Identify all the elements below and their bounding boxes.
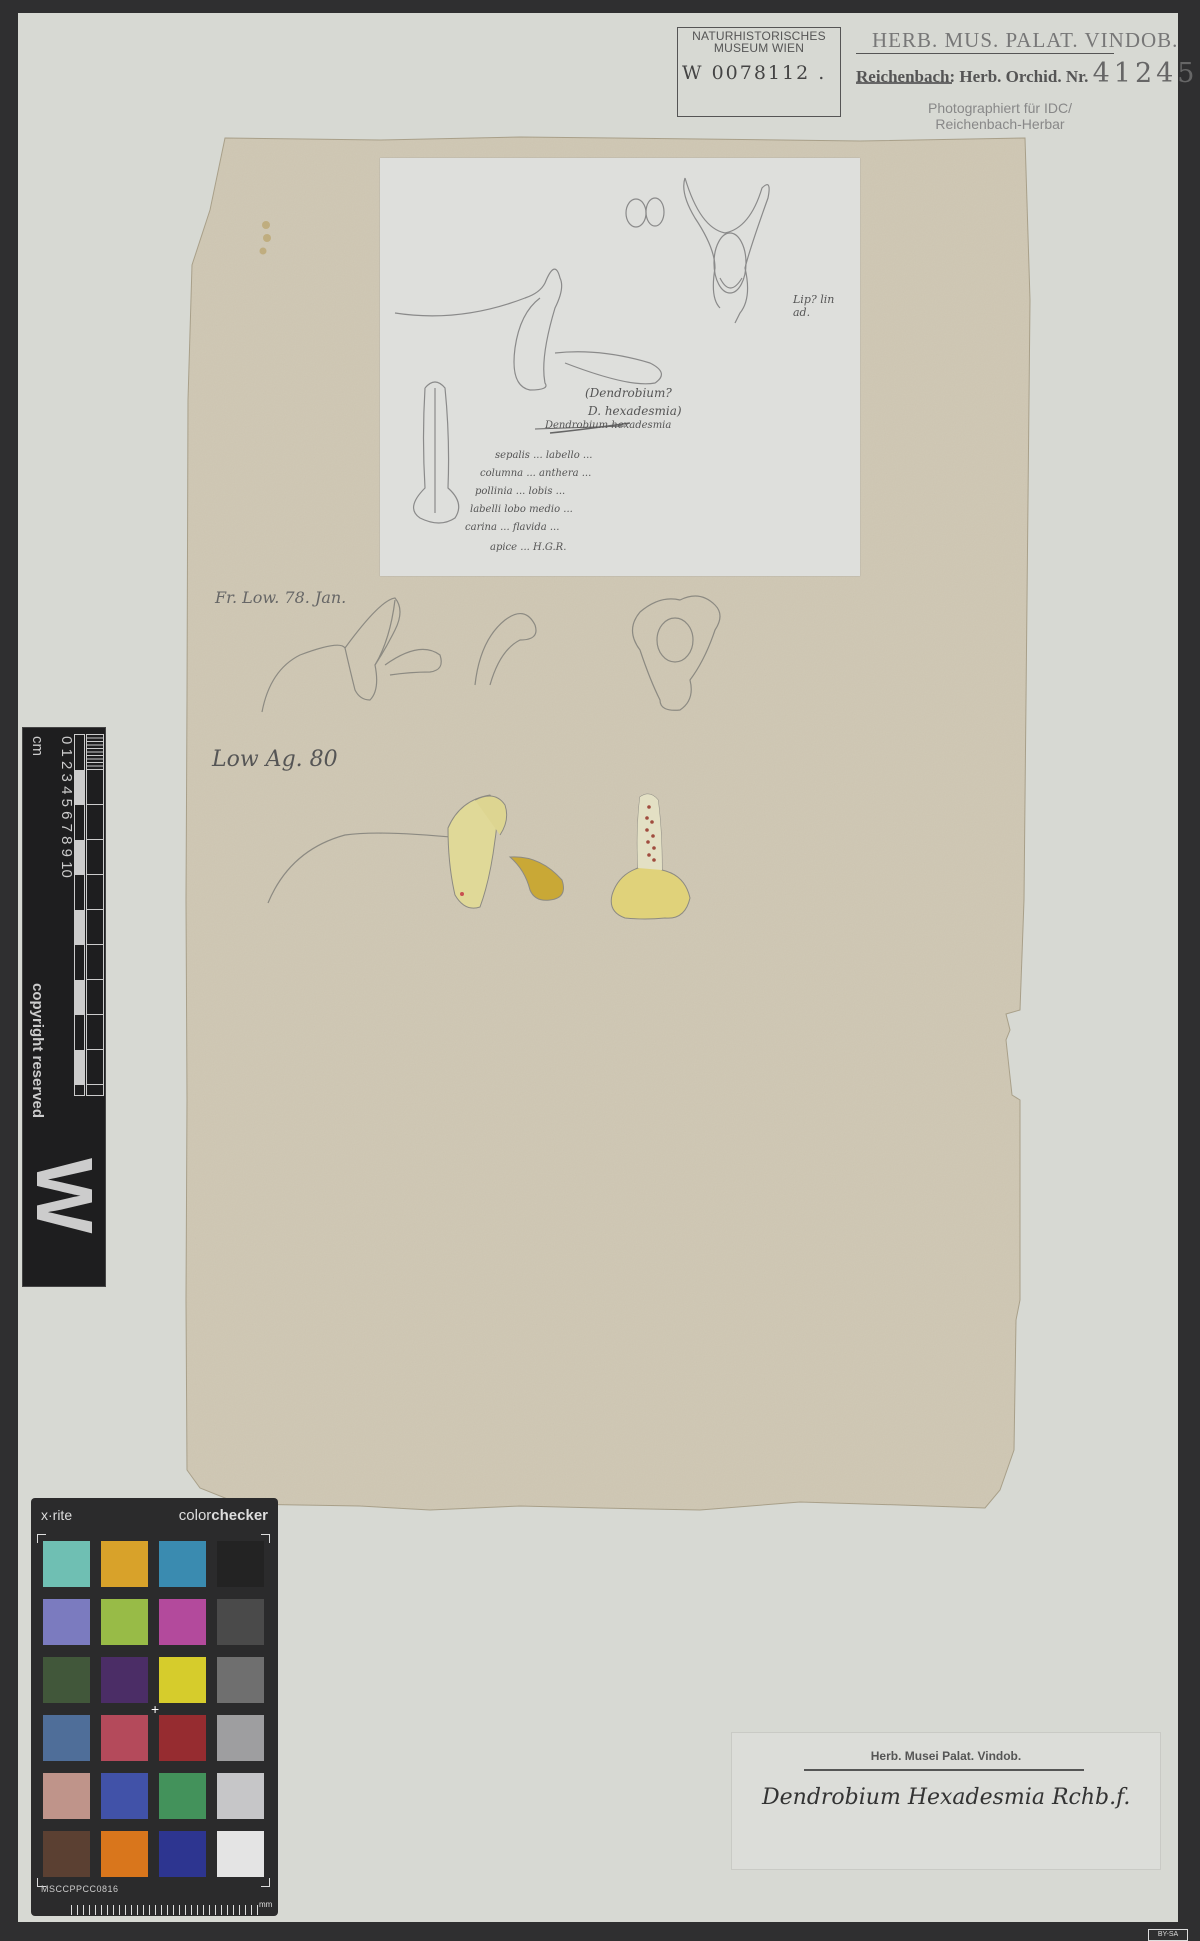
color-patch xyxy=(217,1831,264,1877)
tick-0: 0 xyxy=(58,736,75,744)
xrite-logo: x·rite xyxy=(41,1507,72,1523)
annotation-collector-date-1: Fr. Low. 78. Jan. xyxy=(215,588,346,607)
color-patch xyxy=(217,1773,264,1819)
color-patch xyxy=(101,1657,148,1703)
scale-ruler: cm 0 1 2 3 4 5 6 7 8 9 10 copyright rese… xyxy=(22,727,106,1287)
color-patch xyxy=(217,1541,264,1587)
color-patch xyxy=(101,1541,148,1587)
tick-8: 8 xyxy=(58,836,75,844)
title-bold: checker xyxy=(211,1507,268,1524)
tick-7: 7 xyxy=(58,824,75,832)
ruler-cm-grid xyxy=(86,734,104,1096)
color-patch xyxy=(159,1657,206,1703)
species-name: Dendrobium Hexadesmia Rchb.f. xyxy=(762,1785,1130,1810)
ruler-unit: cm xyxy=(29,736,46,756)
species-label: Herb. Musei Palat. Vindob. Dendrobium He… xyxy=(731,1732,1161,1870)
color-patch xyxy=(217,1599,264,1645)
tick-6: 6 xyxy=(58,811,75,819)
color-patch xyxy=(43,1831,90,1877)
color-patch xyxy=(217,1715,264,1761)
corner-mark xyxy=(261,1878,270,1887)
mm-label: mm xyxy=(259,1900,272,1909)
tick-1: 1 xyxy=(58,749,75,757)
tick-5: 5 xyxy=(58,799,75,807)
colorchecker-title: colorchecker xyxy=(179,1507,268,1524)
color-patch xyxy=(101,1773,148,1819)
label-underline xyxy=(804,1769,1084,1771)
color-patch xyxy=(101,1831,148,1877)
color-patch xyxy=(217,1657,264,1703)
color-patch xyxy=(159,1831,206,1877)
colorchecker-card: x·rite colorchecker + MSCCPPCC0816 mm xyxy=(31,1498,278,1916)
colorchecker-serial: MSCCPPCC0816 xyxy=(41,1884,119,1894)
color-patch xyxy=(43,1657,90,1703)
ruler-logo: W xyxy=(26,1158,102,1234)
ruler-copyright: copyright reserved xyxy=(29,983,46,1118)
mm-scale xyxy=(71,1905,261,1915)
color-patch xyxy=(43,1773,90,1819)
tick-9: 9 xyxy=(58,849,75,857)
color-patch xyxy=(159,1715,206,1761)
color-patch xyxy=(43,1599,90,1645)
tick-10: 10 xyxy=(58,861,75,878)
color-patch xyxy=(43,1715,90,1761)
label-header: Herb. Musei Palat. Vindob. xyxy=(732,1749,1160,1763)
color-patch xyxy=(43,1541,90,1587)
ruler-mm-ticks xyxy=(86,734,104,769)
color-patch xyxy=(101,1715,148,1761)
color-patch xyxy=(159,1599,206,1645)
title-light: color xyxy=(179,1507,212,1524)
ruler-alternating-bar xyxy=(74,734,85,1096)
tick-2: 2 xyxy=(58,761,75,769)
tick-3: 3 xyxy=(58,774,75,782)
license-badge: BY-SA xyxy=(1148,1929,1188,1941)
color-patch xyxy=(159,1541,206,1587)
annotation-collector-date-2: Low Ag. 80 xyxy=(212,747,338,772)
color-patch xyxy=(159,1773,206,1819)
color-patch xyxy=(101,1599,148,1645)
center-crosshair: + xyxy=(151,1701,159,1717)
tick-4: 4 xyxy=(58,786,75,794)
